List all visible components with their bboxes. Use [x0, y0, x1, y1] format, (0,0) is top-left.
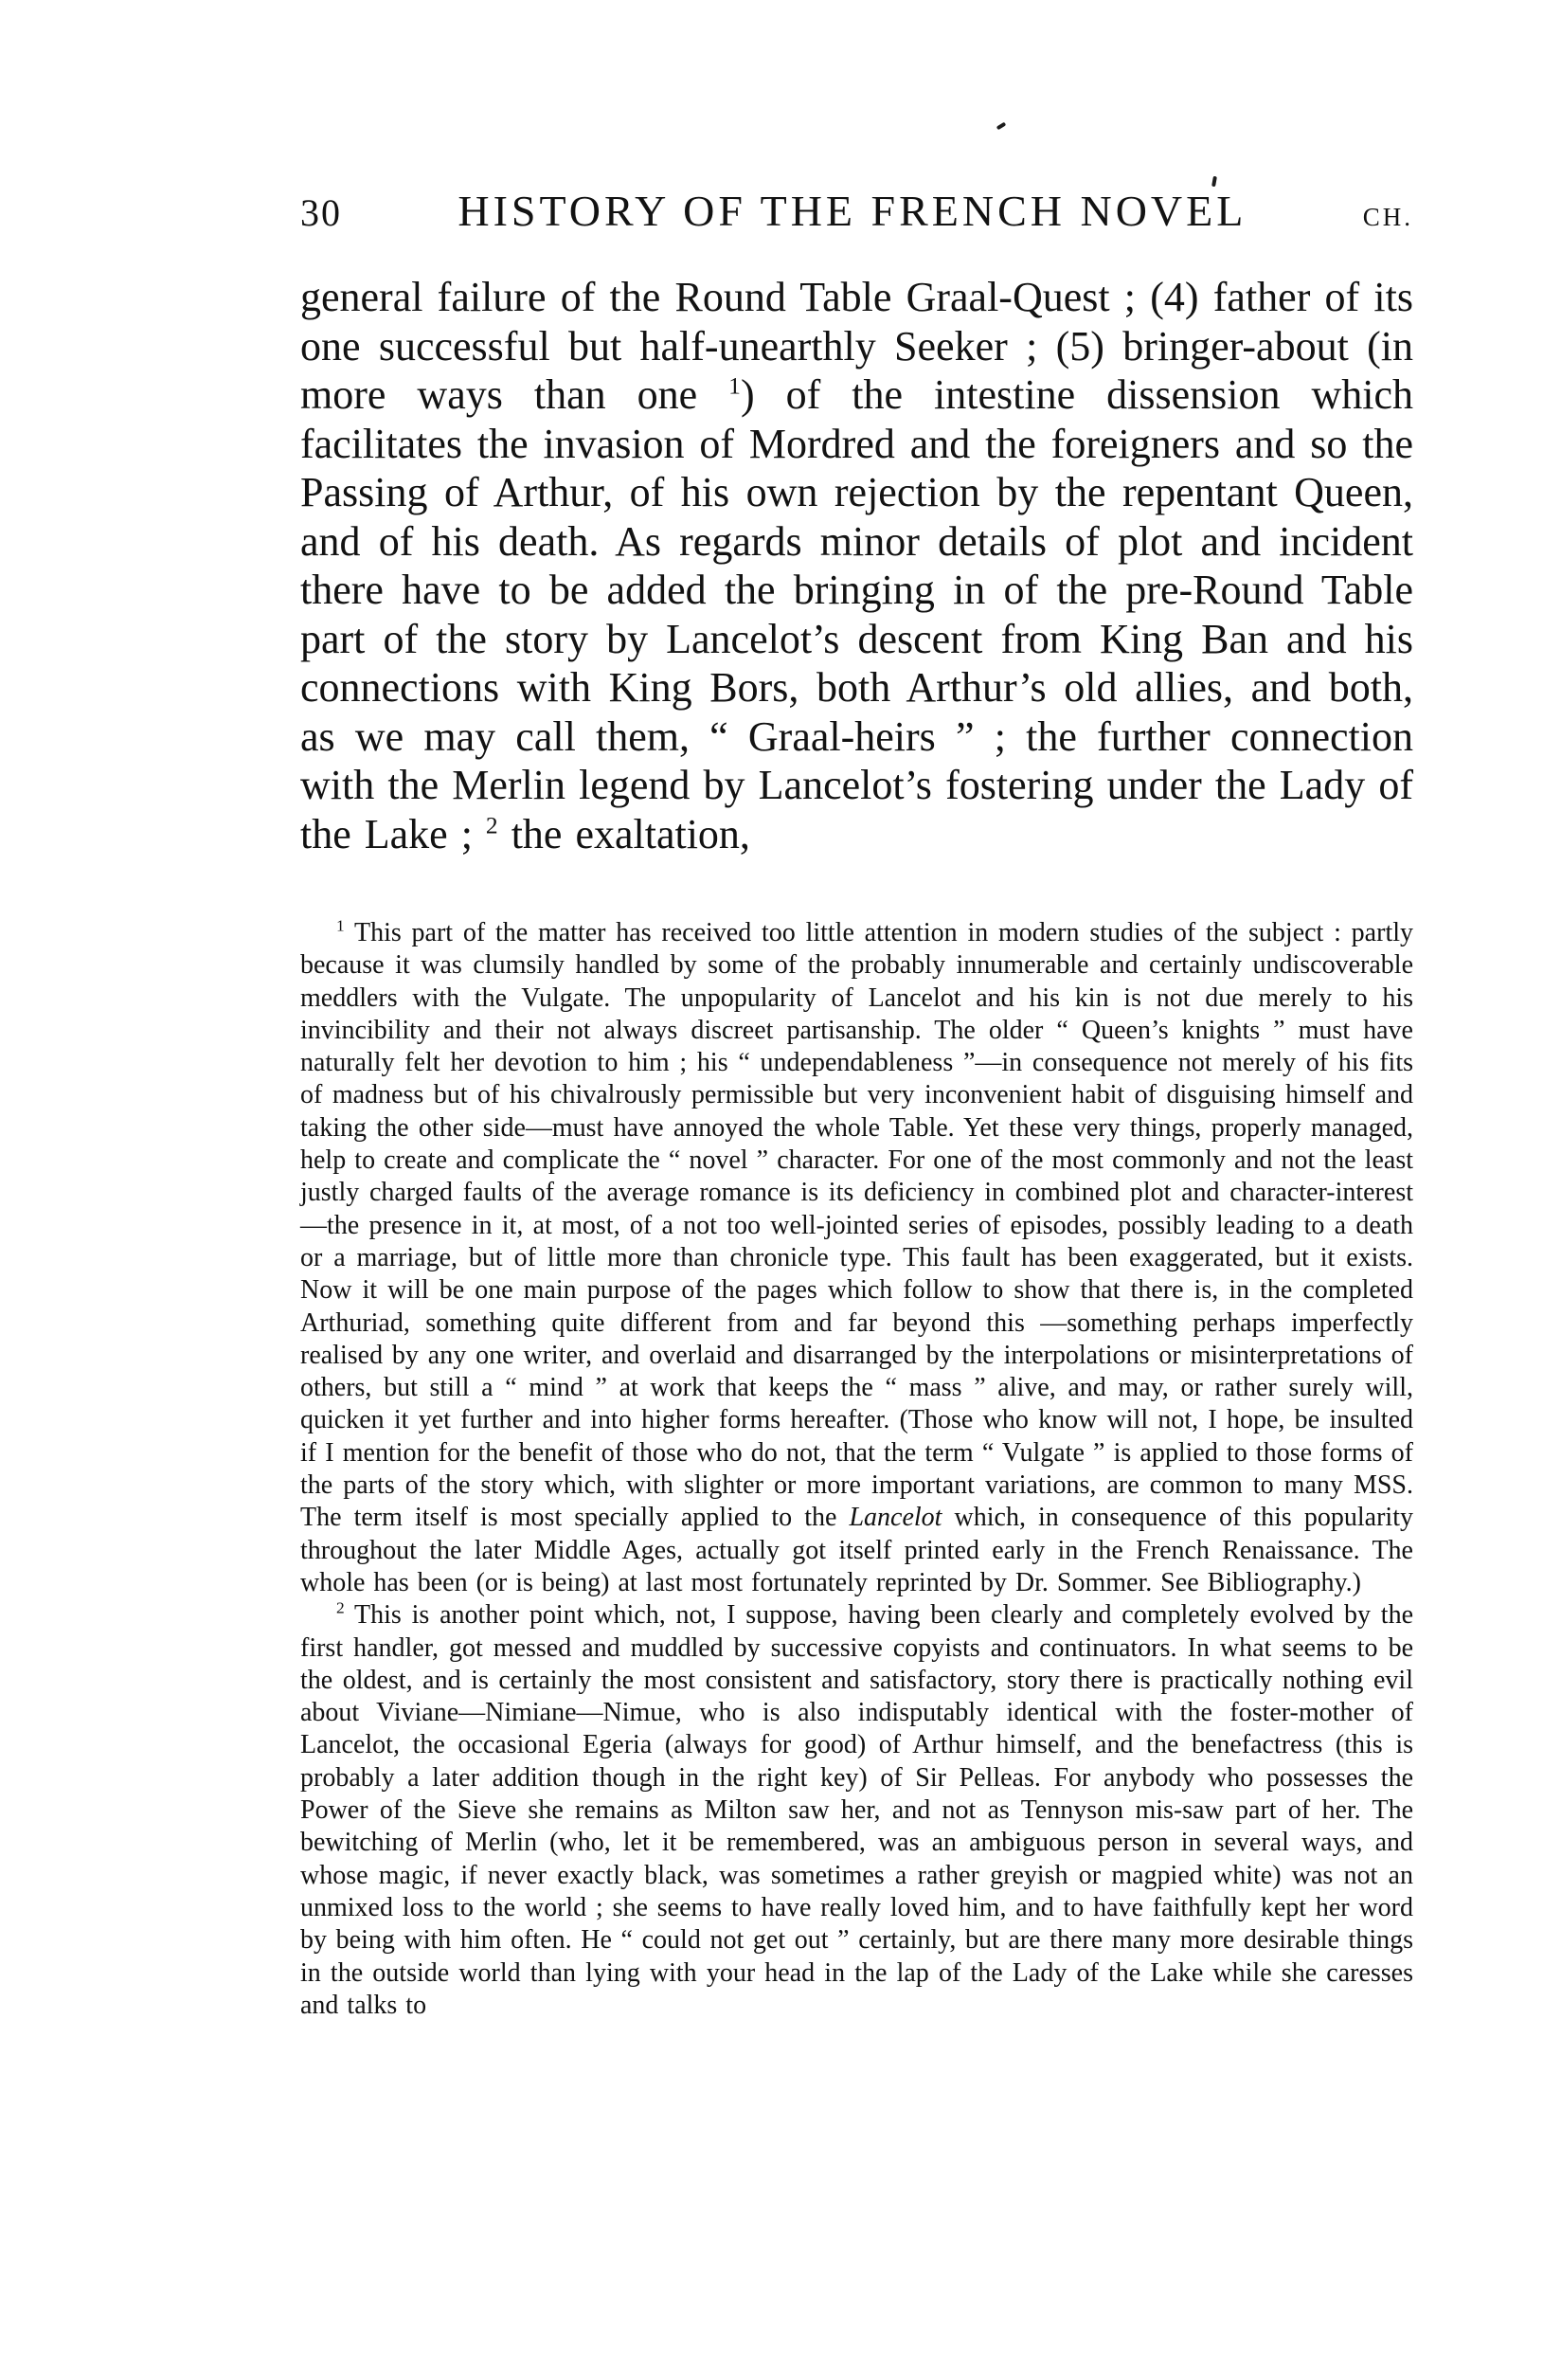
- footnotes-section: 1 This part of the matter has received t…: [300, 917, 1413, 2022]
- scan-speck: [996, 122, 1007, 131]
- chapter-mark: CH.: [1363, 203, 1413, 232]
- running-title: HISTORY OF THE FRENCH NOVEL: [342, 186, 1363, 236]
- book-page: 30 HISTORY OF THE FRENCH NOVEL CH. gener…: [0, 0, 1561, 2380]
- footnote-2: 2 This is another point which, not, I su…: [300, 1599, 1413, 2022]
- running-head: 30 HISTORY OF THE FRENCH NOVEL CH.: [300, 186, 1413, 236]
- page-number: 30: [300, 190, 342, 235]
- footnote-1: 1 This part of the matter has received t…: [300, 917, 1413, 1599]
- main-paragraph: general failure of the Round Table Graal…: [300, 273, 1413, 858]
